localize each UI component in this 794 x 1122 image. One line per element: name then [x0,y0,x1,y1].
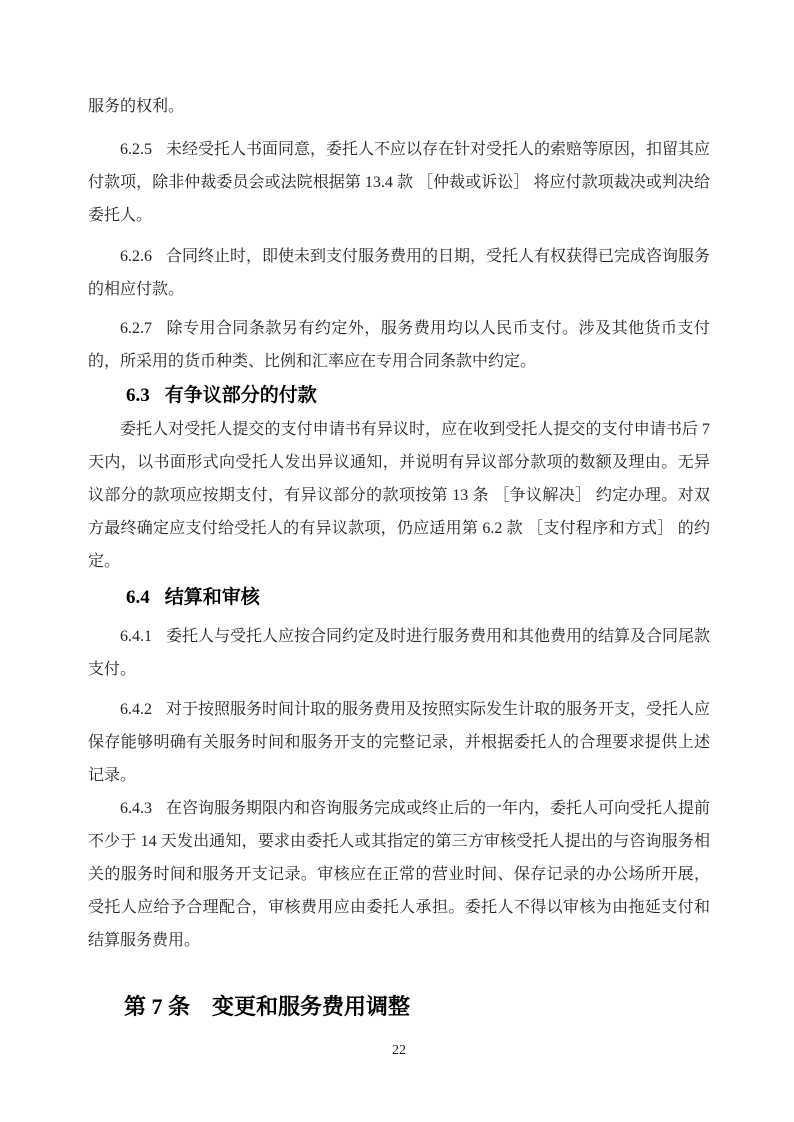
clause-6-2-5: 6.2.5未经受托人书面同意，委托人不应以存在针对受托人的索赔等原因，扣留其应付… [88,133,710,232]
clause-text: 在咨询服务期限内和咨询服务完成或终止后的一年内，委托人可向受托人提前不少于 14… [88,800,710,949]
clause-6-2-6: 6.2.6合同终止时，即使未到支付服务费用的日期，受托人有权获得已完成咨询服务的… [88,240,710,306]
section-heading-6-3: 6.3有争议部分的付款 [88,378,710,413]
section-title: 有争议部分的付款 [165,385,317,406]
clause-text: 除专用合同条款另有约定外，服务费用均以人民币支付。涉及其他货币支付的，所采用的货… [88,320,710,370]
clause-number: 6.2.5 [120,141,152,158]
clause-number: 6.4.3 [120,800,152,817]
clause-6-4-2: 6.4.2对于按照服务时间计取的服务费用及按照实际发生计取的服务开支，受托人应保… [88,693,710,792]
paragraph-text: 委托人对受托人提交的支付申请书有异议时，应在收到受托人提交的支付申请书后 7 天… [88,421,710,570]
clause-text: 合同终止时，即使未到支付服务费用的日期，受托人有权获得已完成咨询服务的相应付款。 [88,248,710,298]
section-heading-6-4: 6.4结算和审核 [88,580,710,615]
clause-number: 6.4.2 [120,701,152,718]
section-number: 6.3 [126,385,150,406]
clause-number: 6.4.1 [120,628,152,645]
clause-number: 6.2.6 [120,248,152,265]
clause-text: 未经受托人书面同意，委托人不应以存在针对受托人的索赔等原因，扣留其应付款项，除非… [88,141,710,224]
clause-number: 6.2.7 [120,320,152,337]
clause-6-2-7: 6.2.7除专用合同条款另有约定外，服务费用均以人民币支付。涉及其他货币支付的，… [88,312,710,378]
page-number: 22 [88,1041,710,1061]
document-page: 服务的权利。 6.2.5未经受托人书面同意，委托人不应以存在针对受托人的索赔等原… [0,0,794,1122]
section-title: 结算和审核 [165,587,260,608]
article-title: 变更和服务费用调整 [212,994,410,1019]
paragraph-6-3: 委托人对受托人提交的支付申请书有异议时，应在收到受托人提交的支付申请书后 7 天… [88,413,710,578]
article-number: 第 7 条 [124,994,190,1019]
clause-6-4-3: 6.4.3在咨询服务期限内和咨询服务完成或终止后的一年内，委托人可向受托人提前不… [88,792,710,957]
section-number: 6.4 [126,587,150,608]
clause-text: 对于按照服务时间计取的服务费用及按照实际发生计取的服务开支，受托人应保存能够明确… [88,701,710,784]
clause-6-4-1: 6.4.1委托人与受托人应按合同约定及时进行服务费用和其他费用的结算及合同尾款支… [88,620,710,686]
article-heading-7: 第 7 条变更和服务费用调整 [88,987,710,1027]
paragraph-continuation: 服务的权利。 [88,90,710,123]
clause-text: 委托人与受托人应按合同约定及时进行服务费用和其他费用的结算及合同尾款支付。 [88,628,710,678]
